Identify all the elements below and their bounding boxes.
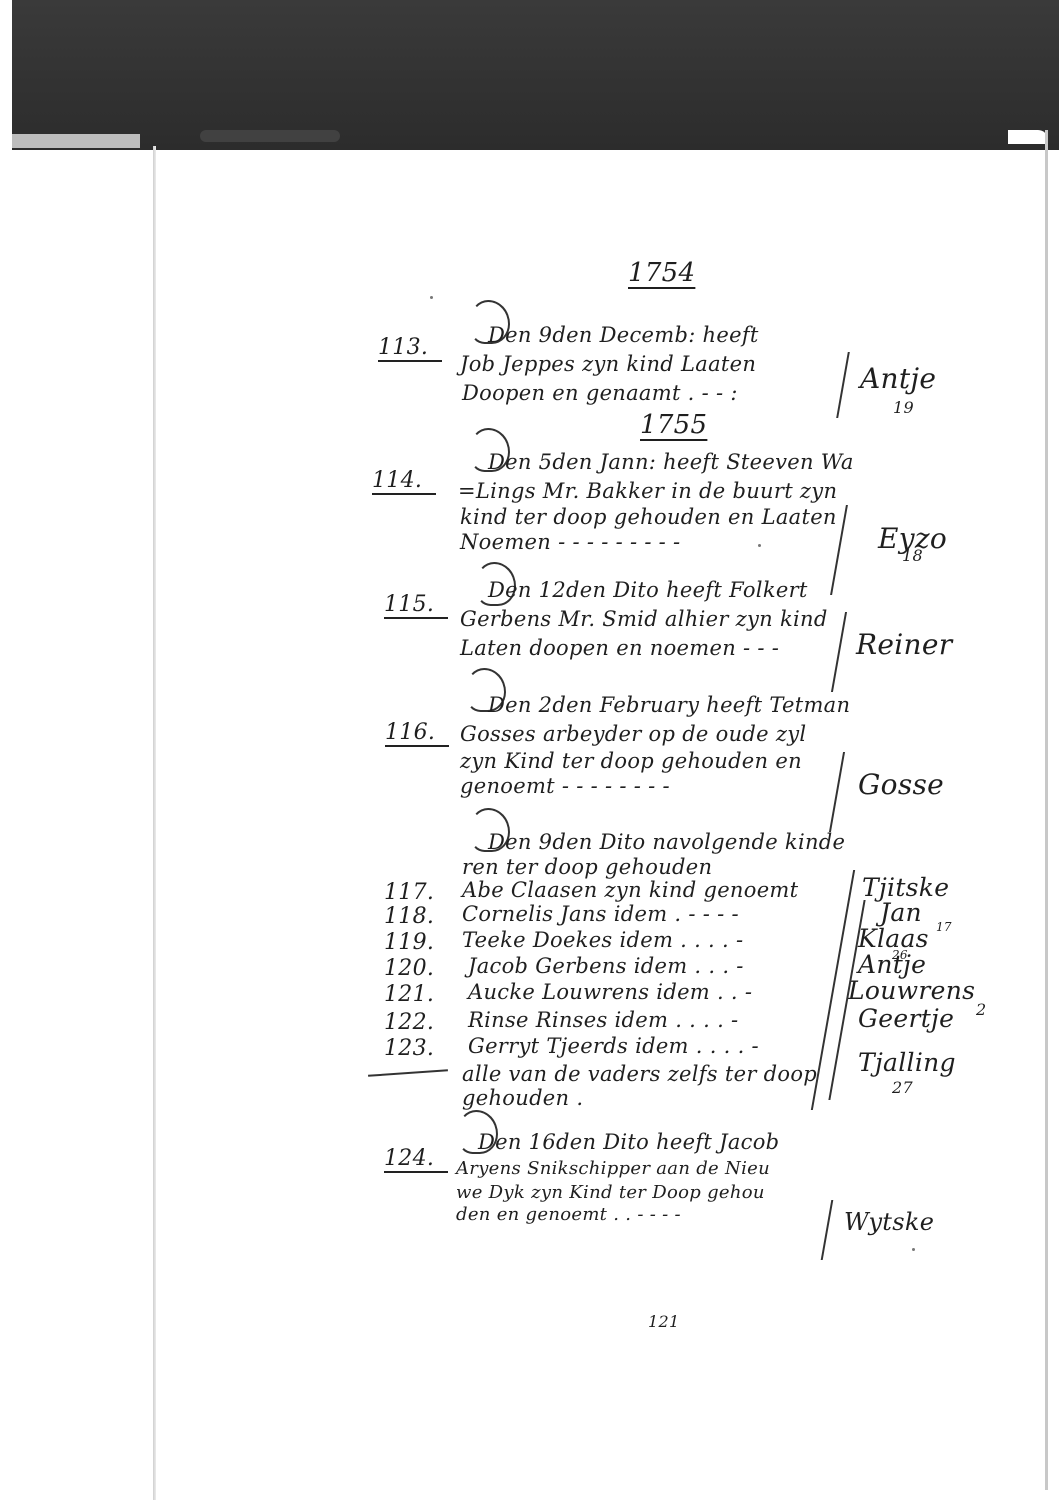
- ink-speck: [430, 296, 433, 299]
- entry-number: 121.: [384, 982, 434, 1007]
- entry-number: 113.: [378, 335, 442, 362]
- entry-annotation: 18: [902, 546, 923, 565]
- group-row-text: Rinse Rinses idem . . . . -: [468, 1008, 738, 1032]
- entry-line: zyn Kind ter doop gehouden en: [460, 749, 802, 773]
- entry-annotation: 27: [892, 1078, 913, 1097]
- ink-speck: [912, 1248, 915, 1251]
- group-row-text: Teeke Doekes idem . . . . -: [462, 928, 743, 952]
- entry-line: Gerbens Mr. Smid alhier zyn kind: [460, 607, 828, 631]
- year-heading-1755: 1755: [640, 410, 707, 440]
- entry-number: 119.: [384, 930, 434, 955]
- entry-line: Gosses arbeyder op de oude zyl: [460, 722, 806, 746]
- child-name: Jan: [880, 898, 922, 927]
- entry-line: den en genoemt . . - - - -: [456, 1204, 681, 1225]
- entry-annotation: 17: [936, 920, 952, 934]
- child-name: Reiner: [856, 628, 952, 661]
- entry-annotation: 2: [976, 1000, 986, 1019]
- entry-number: 116.: [385, 720, 449, 747]
- entry-line: =Lings Mr. Bakker in de buurt zyn: [458, 479, 837, 503]
- section-divider: [368, 1069, 448, 1077]
- entry-line: kind ter doop gehouden en Laaten: [460, 505, 837, 529]
- entry-bracket: [836, 352, 850, 418]
- page-edge-right: [1045, 130, 1048, 1490]
- entry-line: Laten doopen en noemen - - -: [460, 636, 779, 660]
- entry-line: Den 9den Decemb: heeft: [488, 323, 759, 347]
- entry-number: 115.: [384, 592, 448, 619]
- page-edge-left: [153, 146, 156, 1500]
- entry-line: genoemt - - - - - - - -: [460, 774, 670, 798]
- scan-dark-band: [12, 0, 1059, 150]
- entry-number: 117.: [384, 880, 434, 905]
- child-name: Antje: [858, 950, 926, 979]
- child-name: Geertje: [858, 1004, 954, 1033]
- entry-annotation: 19: [893, 398, 914, 417]
- group-closing-line: alle van de vaders zelfs ter doop: [462, 1062, 817, 1086]
- scan-band-shadow: [200, 130, 340, 142]
- group-intro-line: ren ter doop gehouden: [462, 855, 712, 879]
- child-name: Antje: [860, 362, 936, 395]
- child-name: Louwrens: [848, 976, 975, 1005]
- entry-number: 118.: [384, 904, 434, 929]
- entry-number: 122.: [384, 1010, 434, 1035]
- group-row-text: Jacob Gerbens idem . . . -: [468, 954, 744, 978]
- entry-bracket: [821, 1200, 834, 1260]
- entry-number: 123.: [384, 1036, 434, 1061]
- entry-bracket: [831, 612, 847, 692]
- group-row-text: Gerryt Tjeerds idem . . . . -: [468, 1034, 759, 1058]
- ink-speck: [758, 544, 761, 547]
- entry-line: Aryens Snikschipper aan de Nieu: [456, 1158, 770, 1179]
- entry-line: Den 12den Dito heeft Folkert: [488, 578, 808, 602]
- entry-line: Job Jeppes zyn kind Laaten: [460, 352, 756, 376]
- entry-line: Noemen - - - - - - - - -: [460, 530, 680, 554]
- entry-line: Den 2den February heeft Tetman: [488, 693, 850, 717]
- child-name: Tjalling: [858, 1048, 956, 1077]
- entry-bracket: [829, 752, 845, 832]
- folio-number: 121: [648, 1312, 679, 1331]
- entry-line: Den 5den Jann: heeft Steeven Wa: [488, 450, 854, 474]
- group-row-text: Aucke Louwrens idem . . -: [468, 980, 752, 1004]
- entry-number: 120.: [384, 956, 434, 981]
- group-row-text: Cornelis Jans idem . - - - -: [462, 902, 739, 926]
- group-intro-line: Den 9den Dito navolgende kinde: [488, 830, 845, 854]
- group-row-text: Abe Claasen zyn kind genoemt: [462, 878, 798, 902]
- entry-number: 114.: [372, 468, 436, 495]
- entry-line: Doopen en genaamt . - - :: [462, 381, 738, 405]
- entry-line: we Dyk zyn Kind ter Doop gehou: [456, 1182, 765, 1203]
- group-closing-line: gehouden .: [462, 1086, 583, 1110]
- entry-number: 124.: [384, 1146, 448, 1173]
- child-name: Gosse: [858, 768, 944, 801]
- page-corner: [1008, 130, 1048, 144]
- child-name: Wytske: [844, 1208, 934, 1236]
- entry-line: Den 16den Dito heeft Jacob: [478, 1130, 779, 1154]
- year-heading-1754: 1754: [628, 258, 695, 288]
- scan-band-light-strip: [12, 134, 140, 148]
